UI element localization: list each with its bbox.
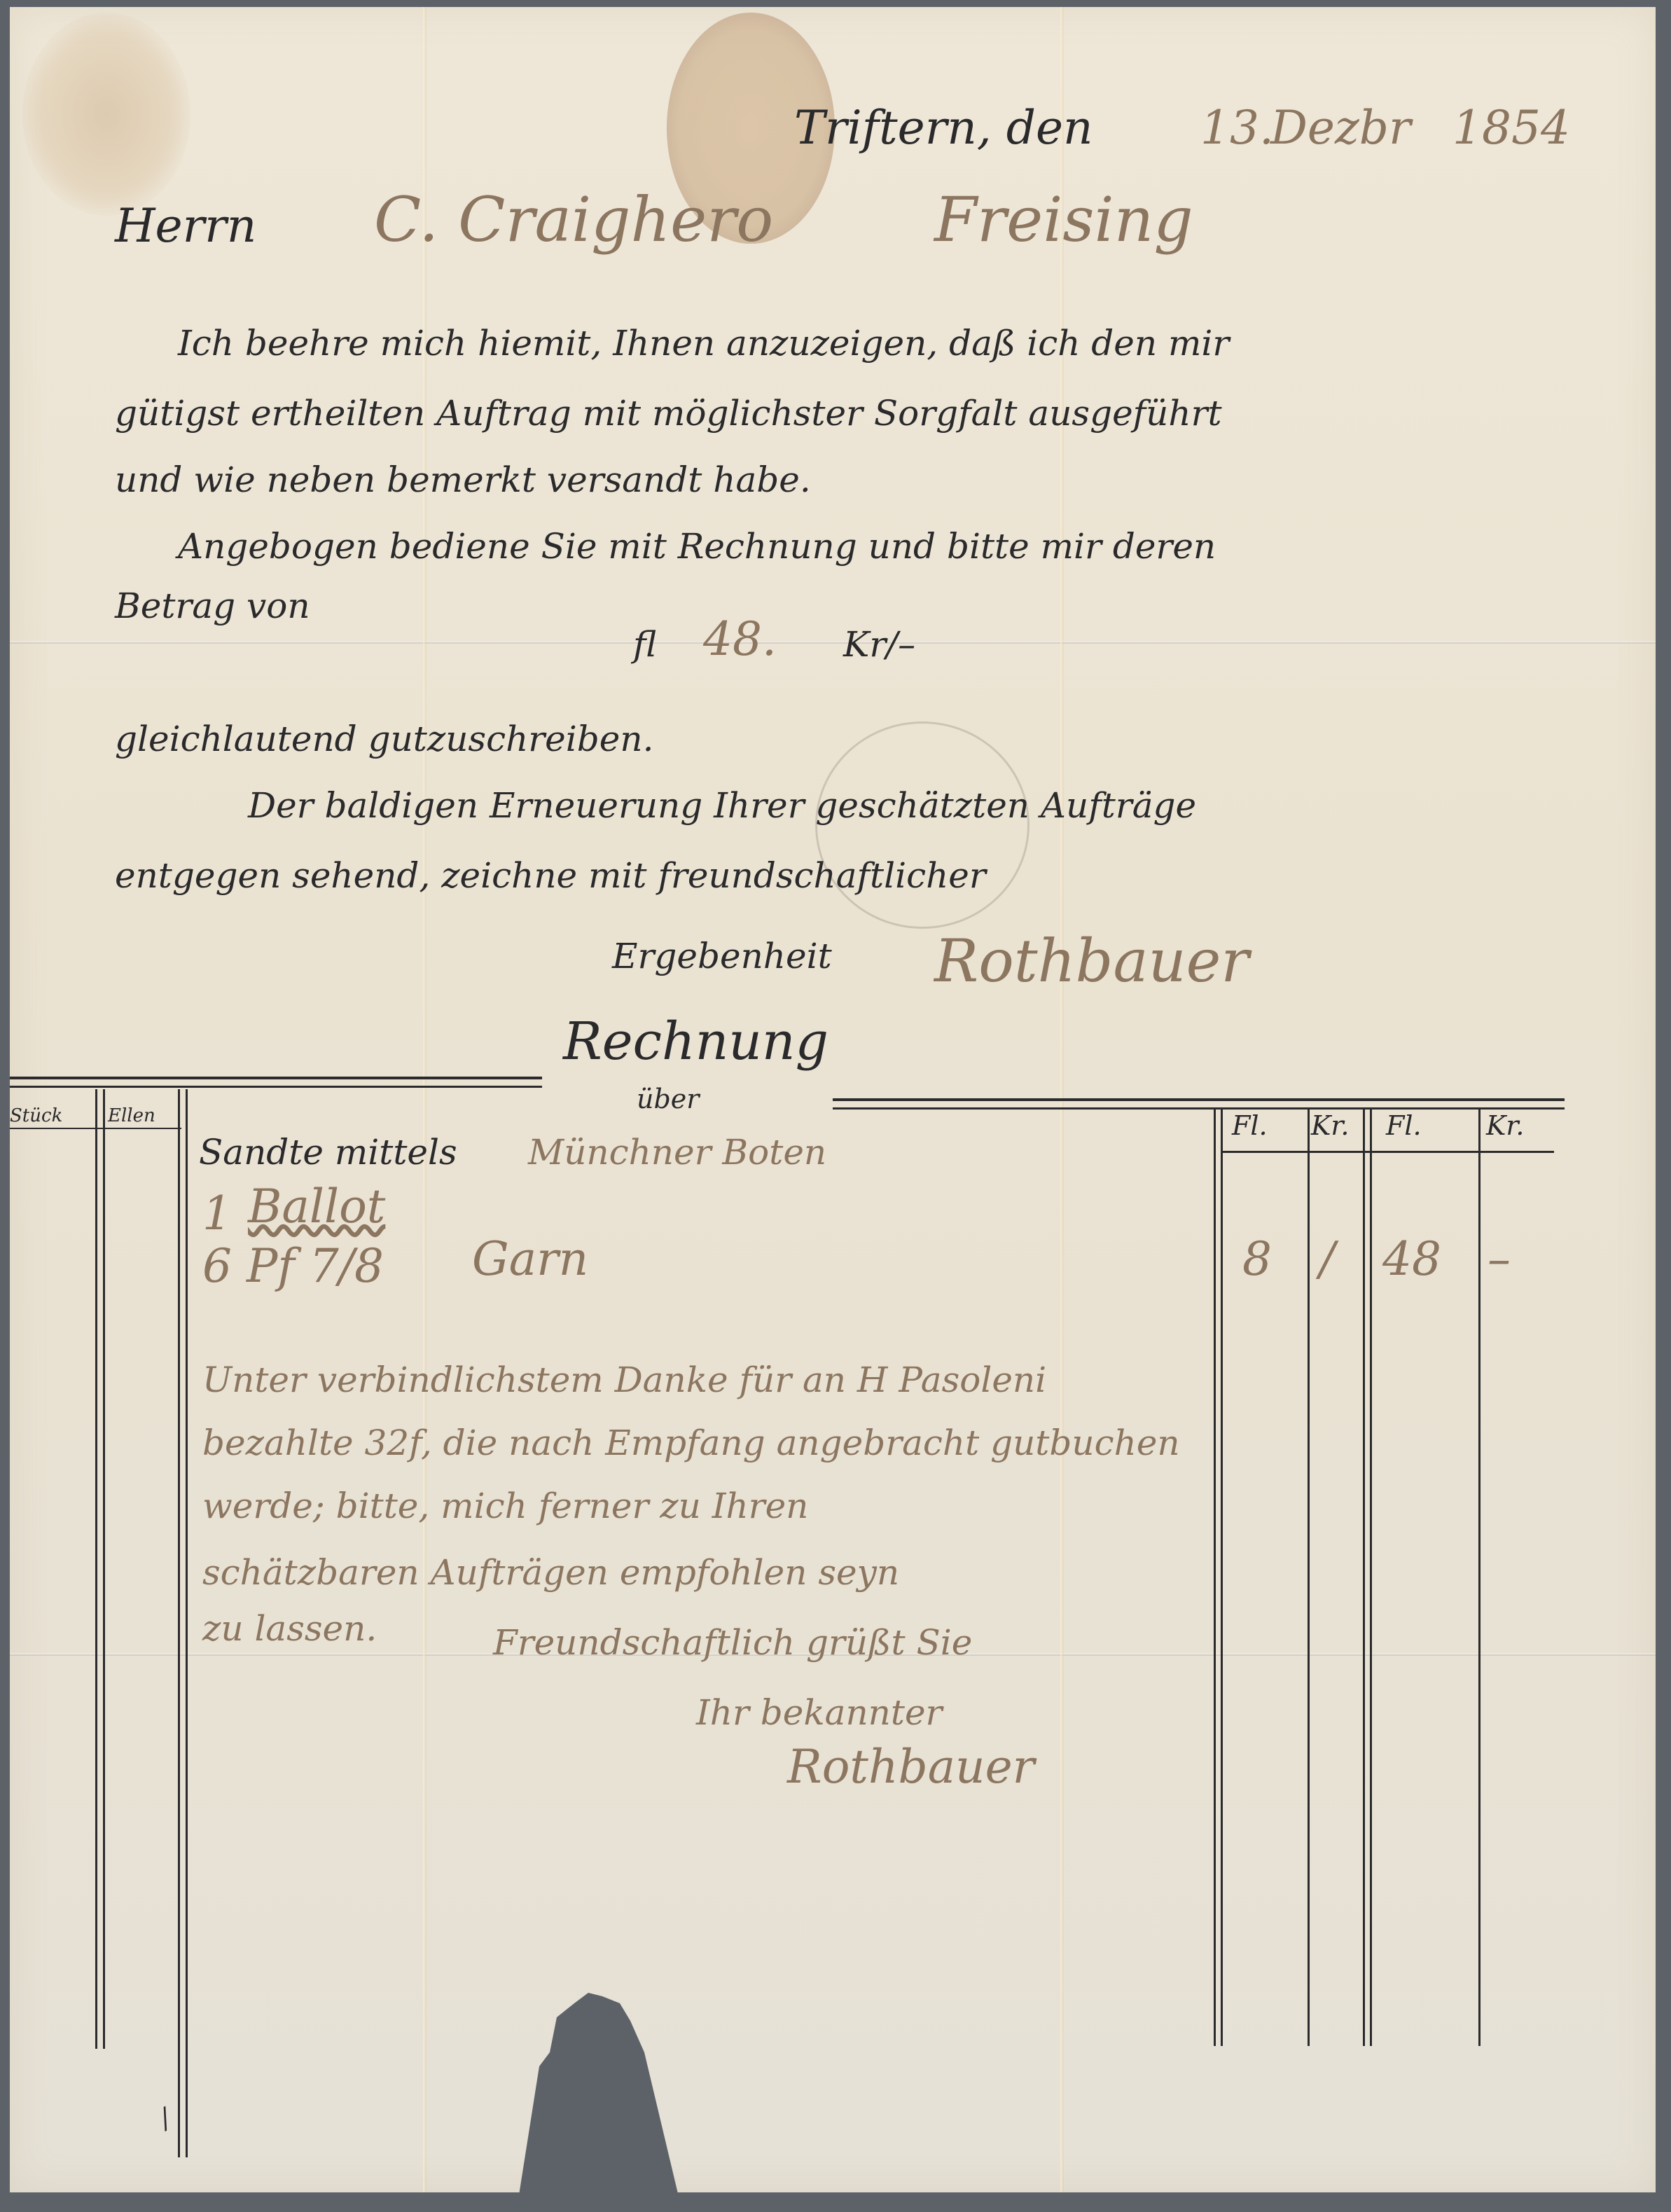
body-line-3: und wie neben bemerkt versandt habe. [115, 462, 811, 497]
stray-mark: / [154, 2104, 175, 2131]
note-line-3: werde; bitte, mich ferner zu Ihren [202, 1488, 808, 1523]
left-col-divider-a1 [95, 1089, 97, 2049]
note-line-7: Ihr bekannter [696, 1695, 942, 1730]
letter-sheet: Triftern, den 13. Dezbr 1854 Herrn C. Cr… [10, 7, 1656, 2192]
right-header-underline [1221, 1151, 1554, 1153]
shipping-handwritten: Münchner Boten [528, 1135, 826, 1170]
salutation: Herrn [115, 203, 256, 249]
shipping-printed: Sandte mittels [199, 1135, 457, 1170]
col-header-fl-1: Fl. [1232, 1112, 1268, 1139]
right-col-divider-3b [1370, 1107, 1372, 2046]
torn-notch [518, 1989, 679, 2212]
body-line-1: Ich beehre mich hiemit, Ihnen anzuzeigen… [178, 326, 1229, 361]
stain-top-left [22, 13, 190, 216]
note-line-2: bezahlte 32f, die nach Empfang angebrach… [202, 1425, 1180, 1460]
price-trailing: – [1488, 1236, 1511, 1283]
body-line-2: gütigst ertheilten Auftrag mit möglichst… [115, 396, 1222, 431]
note-line-4: schätzbaren Aufträgen empfohlen seyn [202, 1555, 899, 1590]
recipient-city: Freising [934, 189, 1193, 251]
right-col-divider-2 [1308, 1107, 1310, 2046]
note-line-1: Unter verbindlichstem Danke für an H Pas… [202, 1362, 1046, 1397]
item-1-description: Ballot [248, 1184, 385, 1230]
right-col-divider-1b [1221, 1107, 1223, 2046]
date-year: 1854 [1452, 105, 1570, 151]
col-header-stueck: Stück [10, 1107, 62, 1125]
note-signature: Rothbauer [787, 1744, 1034, 1790]
table-top-rule-right-1 [833, 1098, 1565, 1101]
table-top-rule-right-2 [833, 1107, 1565, 1110]
price-separator: / [1319, 1236, 1335, 1283]
place-prefix: Triftern, den [794, 105, 1093, 151]
invoice-title: Rechnung [563, 1016, 828, 1067]
recipient-name: C. Craighero [374, 189, 773, 251]
amount-currency: fl [633, 627, 656, 662]
left-col-divider-b1 [178, 1089, 180, 2157]
date-month: Dezbr [1270, 105, 1411, 151]
table-top-rule-left-2 [10, 1086, 542, 1088]
right-col-divider-4 [1478, 1107, 1481, 2046]
table-top-rule-left-1 [10, 1077, 542, 1079]
right-col-divider-3a [1363, 1107, 1365, 2046]
note-line-6: Freundschaftlich grüßt Sie [493, 1625, 972, 1660]
body-line-5: Betrag von [115, 588, 310, 623]
col-header-kr-2: Kr. [1486, 1112, 1524, 1139]
item-2-quantity: 6 Pf 7/8 [202, 1243, 384, 1290]
fold-line-horizontal-upper [10, 641, 1656, 644]
item-2-description: Garn [472, 1236, 588, 1283]
price-fl: 8 [1242, 1236, 1272, 1283]
col-header-kr-1: Kr. [1311, 1112, 1349, 1139]
invoice-subtitle: über [637, 1086, 699, 1112]
left-col-divider-a2 [103, 1089, 105, 2049]
col-header-fl-2: Fl. [1386, 1112, 1422, 1139]
closing-line-1: gleichlautend gutzuschreiben. [115, 721, 653, 756]
body-line-4: Angebogen bediene Sie mit Rechnung und b… [178, 529, 1216, 564]
closing-line-3: entgegen sehend, zeichne mit freundschaf… [115, 858, 986, 893]
amount-unit: Kr/– [843, 627, 915, 662]
signature: Rothbauer [934, 932, 1249, 990]
date-day: 13. [1200, 105, 1274, 151]
left-col-divider-b2 [186, 1089, 188, 2157]
closing-line-2: Der baldigen Erneuerung Ihrer geschätzte… [248, 788, 1196, 823]
note-line-5: zu lassen. [202, 1611, 377, 1646]
right-col-divider-1a [1214, 1107, 1216, 2046]
item-1-quantity: 1 [202, 1191, 232, 1237]
col-header-ellen: Ellen [108, 1107, 155, 1125]
closing-line-4: Ergebenheit [612, 939, 832, 974]
price-kr: 48 [1382, 1236, 1441, 1283]
amount-value: 48. [703, 616, 777, 663]
